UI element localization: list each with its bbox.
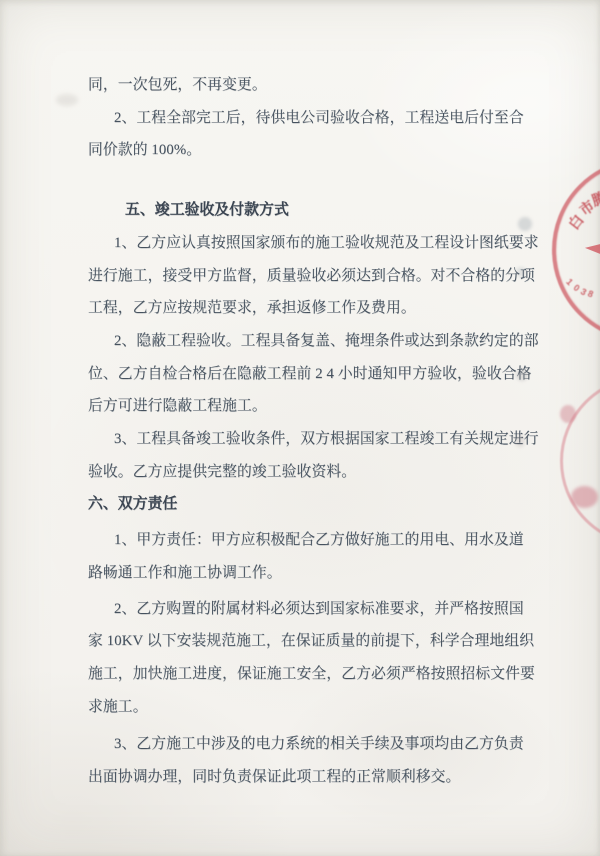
text-line: 2、工程全部完工后，待供电公司验收合格，工程送电后付至合	[88, 102, 600, 135]
text-line: 工程，乙方应按规范要求，承担返修工作及费用。	[88, 292, 600, 325]
scan-artifact	[516, 267, 526, 277]
text-line: 3、乙方施工中涉及的电力系统的相关手续及事项均由乙方负责	[88, 728, 600, 761]
scan-artifact	[56, 94, 78, 106]
text-line: 求施工。	[88, 691, 600, 724]
text-line: 2、隐蔽工程验收。工程具备复盖、掩埋条件或达到条款约定的部	[88, 325, 600, 358]
text-line: 1、乙方应认真按照国家颁布的施工验收规范及工程设计图纸要求	[88, 227, 600, 260]
text-line: 后方可进行隐蔽工程施工。	[88, 390, 600, 423]
text-line: 验收。乙方应提供完整的竣工验收资料。	[88, 456, 600, 489]
scan-artifact	[518, 217, 532, 231]
text-line: 同价款的 100%。	[88, 134, 600, 167]
scan-artifact	[516, 369, 528, 381]
document-body: 同，一次包死，不再变更。2、工程全部完工后，待供电公司验收合格，工程送电后付至合…	[88, 69, 600, 794]
text-line: 路畅通工作和施工协调工作。	[88, 557, 600, 590]
text-line: 出面协调办理，同时负责保证此项工程的正常顺利移交。	[88, 761, 600, 794]
seal-ink-smudge	[560, 405, 576, 423]
text-line: 1、甲方责任：甲方应积极配合乙方做好施工的用电、用水及道	[88, 524, 600, 557]
text-line: 同，一次包死，不再变更。	[88, 69, 600, 102]
document-page: 同，一次包死，不再变更。2、工程全部完工后，待供电公司验收合格，工程送电后付至合…	[0, 0, 600, 856]
seal-ink-smudge	[571, 486, 598, 508]
section-heading: 六、双方责任	[88, 488, 600, 521]
text-line: 家 10KV 以下安装规范施工，在保证质量的前提下，科学合理地组织	[88, 625, 600, 658]
text-line: 施工，加快施工进度，保证施工安全，乙方必须严格按照招标文件要	[88, 658, 600, 691]
text-line: 2、乙方购置的附属材料必须达到国家标准要求，并严格按照国	[88, 593, 600, 626]
scan-artifact	[515, 435, 525, 447]
